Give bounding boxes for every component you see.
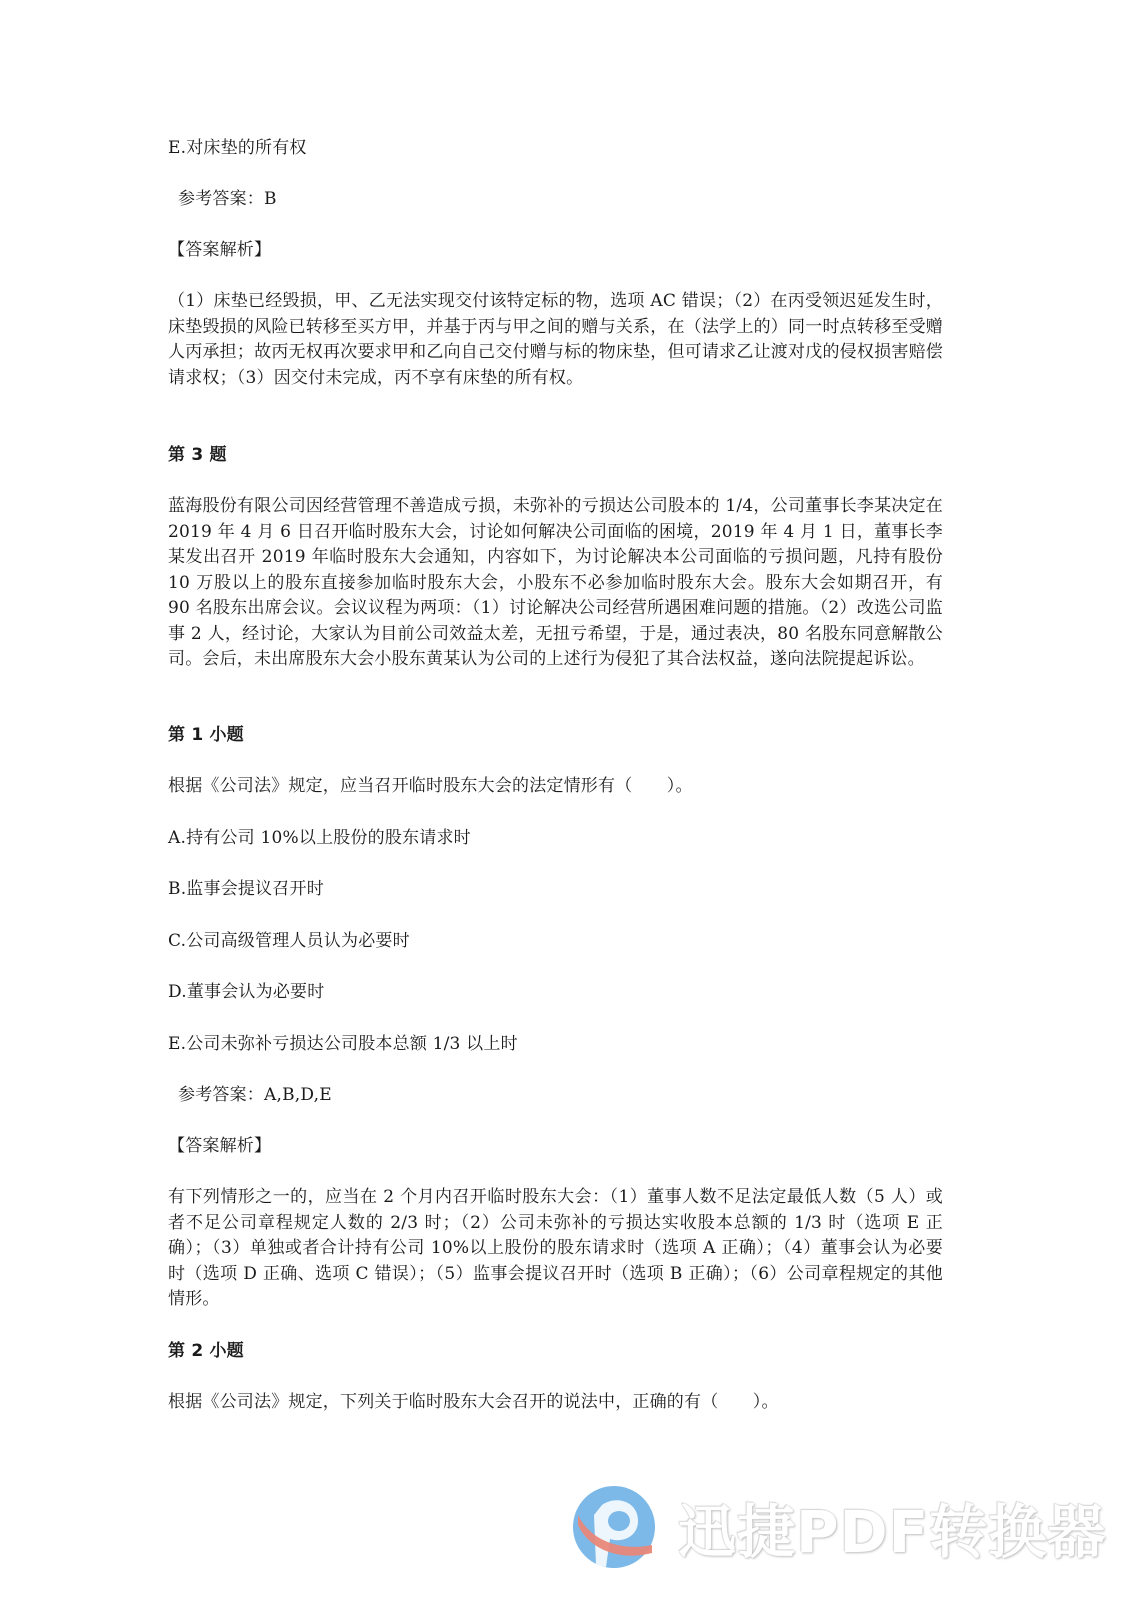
analysis-text: 有下列情形之一的，应当在 2 个月内召开临时股东大会：（1）董事人数不足法定最低… (168, 1185, 943, 1313)
xunjie-pdf-logo-icon (572, 1485, 656, 1569)
question-3-heading: 第 3 题 (168, 443, 943, 469)
analysis-heading: 【答案解析】 (168, 1134, 943, 1160)
watermark-text: 迅捷PDF转换器 (678, 1485, 1106, 1569)
sub-question-1-text: 根据《公司法》规定，应当召开临时股东大会的法定情形有（ ）。 (168, 774, 943, 800)
document-page: E.对床垫的所有权 参考答案：B 【答案解析】 （1）床垫已经毁损，甲、乙无法实… (0, 0, 1131, 1600)
option-e: E.公司未弥补亏损达公司股本总额 1/3 以上时 (168, 1032, 943, 1058)
reference-answer-prev: 参考答案：B (178, 187, 953, 213)
option-d: D.董事会认为必要时 (168, 980, 943, 1006)
reference-answer: 参考答案：A,B,D,E (178, 1083, 953, 1109)
sub-question-1-heading: 第 1 小题 (168, 723, 943, 749)
option-e-prev: E.对床垫的所有权 (168, 136, 943, 162)
sub-question-2-heading: 第 2 小题 (168, 1339, 943, 1365)
watermark: 迅捷PDF转换器 (572, 1482, 1092, 1572)
analysis-heading-prev: 【答案解析】 (168, 238, 943, 264)
option-c: C.公司高级管理人员认为必要时 (168, 929, 943, 955)
option-a: A.持有公司 10%以上股份的股东请求时 (168, 826, 943, 852)
question-3-stem: 蓝海股份有限公司因经营管理不善造成亏损，未弥补的亏损达公司股本的 1/4，公司董… (168, 494, 943, 673)
option-b: B.监事会提议召开时 (168, 877, 943, 903)
analysis-text-prev: （1）床垫已经毁损，甲、乙无法实现交付该特定标的物，选项 AC 错误；（2）在丙… (168, 289, 943, 391)
sub-question-2-text: 根据《公司法》规定，下列关于临时股东大会召开的说法中，正确的有（ ）。 (168, 1390, 943, 1416)
